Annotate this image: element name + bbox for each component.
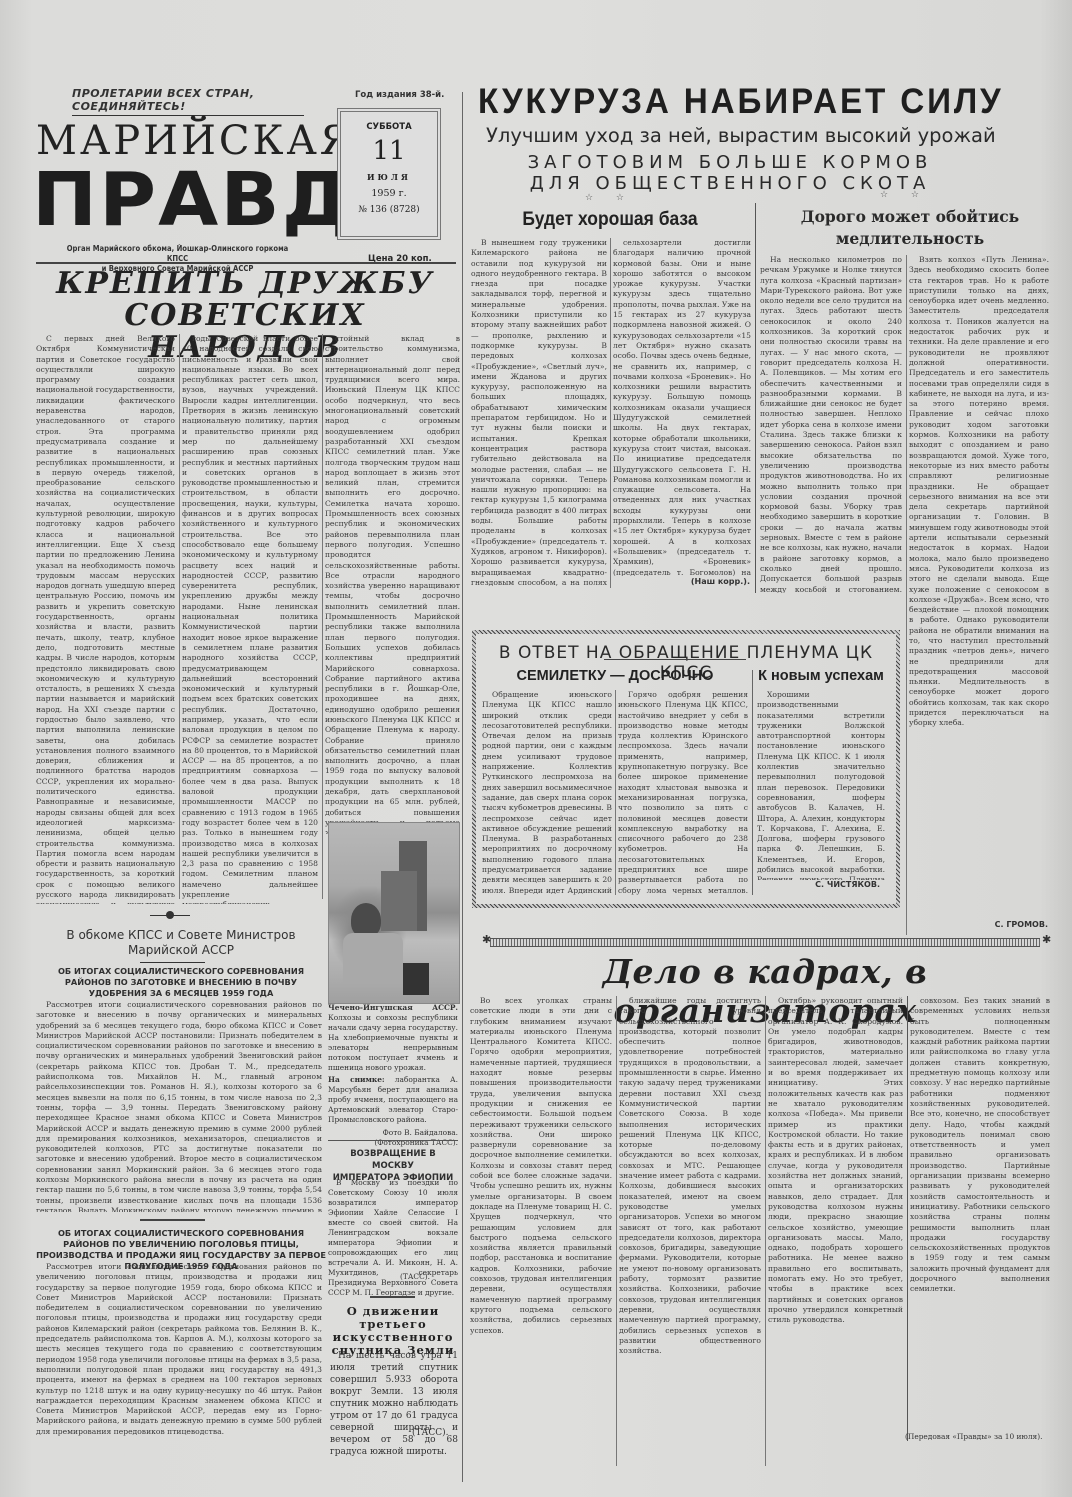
ethiopia-title-1: ВОЗВРАЩЕНИЕ В МОСКВУ bbox=[328, 1148, 458, 1172]
photo-figure bbox=[351, 903, 381, 937]
lead-headline-line1: КРЕПИТЬ ДРУЖБУ bbox=[40, 268, 450, 300]
column-rule bbox=[765, 996, 766, 1466]
page-divider bbox=[462, 92, 463, 1482]
ethiopia-text: В Москву из поездки по Советскому Союзу … bbox=[328, 1178, 458, 1298]
column-rule bbox=[907, 996, 908, 1441]
lead-column-3: стойный вклад в строительство коммунизма… bbox=[325, 334, 460, 834]
year-of-publication: Год издания 38-й. bbox=[355, 90, 444, 100]
new-successes-signature: С. ЧИСТЯКОВ. bbox=[790, 880, 880, 889]
base-column-2: сельхозартели достигли благодаря наличию… bbox=[613, 238, 751, 576]
column-rule bbox=[616, 996, 617, 1466]
column-rule bbox=[752, 670, 753, 895]
column-rule bbox=[610, 238, 611, 588]
slogan: ПРОЛЕТАРИИ ВСЕХ СТРАН, СОЕДИНЯЙТЕСЬ! bbox=[72, 87, 304, 116]
semiletka-column-1: Обращение июньского Пленума ЦК КПСС нашл… bbox=[482, 690, 612, 895]
cadres-column-2: ближайшие годы достигнуть такого уровня … bbox=[619, 996, 761, 1466]
resolution2-text: Рассмотрев итоги социалистического сорев… bbox=[36, 1262, 322, 1467]
asterisk-left-icon: ✱ bbox=[482, 933, 491, 946]
corn-kicker-1: ЗАГОТОВИМ БОЛЬШЕ КОРМОВ bbox=[480, 152, 980, 173]
resolution1-title: ОБ ИТОГАХ СОЦИАЛИСТИЧЕСКОГО СОРЕВНОВАНИЯ… bbox=[40, 966, 322, 999]
on-photo-label: На снимке: bbox=[328, 1075, 385, 1084]
resolution1-text: Рассмотрев итоги социалистического сорев… bbox=[36, 1000, 322, 1212]
obkom-heading: В обкоме КПСС и Совете Министров Марийск… bbox=[36, 928, 326, 958]
obkom-heading-2: Марийской АССР bbox=[36, 943, 326, 958]
date-box: СУББОТА 11 ИЮЛЯ 1959 г. № 136 (8728) bbox=[337, 108, 441, 240]
new-successes-title: К новым успехам bbox=[756, 668, 886, 684]
lead-column-2: годы Советской власти более 40 народност… bbox=[182, 334, 318, 904]
corn-subheadline: Улучшим уход за ней, вырастим высокий ур… bbox=[486, 124, 996, 147]
obkom-heading-1: В обкоме КПСС и Совете Министров bbox=[36, 928, 326, 943]
cadres-column-1: Во всех уголках страны советские люди в … bbox=[470, 996, 612, 1466]
caption-text: Колхозы и совхозы республики начали сдач… bbox=[328, 1013, 458, 1072]
asterisk-right-icon: ✱ bbox=[1042, 933, 1051, 946]
cadres-column-4: совхозом. Без таких знаний в современных… bbox=[910, 996, 1050, 1426]
weekday: СУББОТА bbox=[341, 122, 437, 132]
decorative-bar bbox=[490, 938, 1040, 947]
sputnik-title-1: О движении третьего bbox=[328, 1305, 458, 1331]
rule bbox=[140, 962, 205, 963]
sputnik-source: (ТАСС). bbox=[412, 1428, 448, 1438]
stars-decoration: ☆ ☆ bbox=[880, 190, 929, 200]
corn-headline: КУКУРУЗА НАБИРАЕТ СИЛУ bbox=[478, 82, 1004, 122]
new-successes-text: Хорошими производственными показателями … bbox=[757, 690, 885, 880]
stars-decoration: ☆ ☆ bbox=[585, 193, 634, 203]
slowness-title-1: Дорого может обойтись bbox=[760, 206, 1060, 228]
issue-number: № 136 (8728) bbox=[341, 205, 437, 215]
rule bbox=[140, 1219, 205, 1221]
column-rule bbox=[179, 334, 180, 899]
semiletka-title: СЕМИЛЕТКУ — ДОСРОЧНО bbox=[480, 668, 750, 684]
column-rule bbox=[322, 334, 323, 899]
slowness-column-2: Взять колхоз «Путь Ленина». Здесь необхо… bbox=[909, 255, 1049, 910]
column-rule bbox=[755, 203, 756, 593]
photo-building bbox=[381, 871, 417, 931]
column-rule bbox=[906, 255, 907, 935]
column-rule bbox=[615, 690, 616, 895]
masthead-rule bbox=[36, 262, 456, 264]
photo-credit-1: Фото В. Байдалова. bbox=[328, 1128, 458, 1138]
month: ИЮЛЯ bbox=[341, 172, 437, 182]
caption-lead: Чечено-Ингушская АССР. bbox=[328, 1003, 458, 1012]
photo-caption: Чечено-Ингушская АССР. Колхозы и совхозы… bbox=[328, 1003, 458, 1148]
cadres-source: (Передовая «Правды» за 10 июля). bbox=[905, 1432, 1055, 1442]
rule bbox=[328, 1140, 458, 1141]
article-title-slowness: Дорого может обойтись медлительность bbox=[760, 206, 1060, 250]
organ-line1: Орган Марийского обкома, Йошкар-Олинског… bbox=[56, 244, 299, 264]
slowness-column-1: На несколько километров по речкам Уржумк… bbox=[760, 255, 902, 593]
year: 1959 г. bbox=[341, 188, 437, 199]
semiletka-column-2: Горячо одобряя решения июньского Пленума… bbox=[618, 690, 748, 895]
ethiopia-source: (ТАСС). bbox=[400, 1272, 430, 1282]
sputnik-text: На шесть часов утра 11 июля третий спутн… bbox=[330, 1350, 458, 1458]
cadres-column-3: Октябрь» руководит опытный председатель,… bbox=[768, 996, 903, 1466]
day: 11 bbox=[341, 136, 437, 166]
newspaper-page: ПРОЛЕТАРИИ ВСЕХ СТРАН, СОЕДИНЯЙТЕСЬ! Год… bbox=[0, 0, 1072, 1497]
lead-column-1: С первых дней Великого Октября Коммунист… bbox=[36, 334, 175, 904]
rule bbox=[370, 1296, 415, 1298]
corn-kicker: ЗАГОТОВИМ БОЛЬШЕ КОРМОВ ДЛЯ ОБЩЕСТВЕННОГ… bbox=[480, 152, 980, 194]
photo-elevator bbox=[328, 822, 460, 1004]
rule bbox=[604, 659, 746, 660]
slowness-title-2: медлительность bbox=[760, 228, 1060, 250]
photo-figure-body bbox=[343, 933, 403, 983]
article-title-base: Будет хорошая база bbox=[481, 209, 739, 231]
base-source: (Наш корр.). bbox=[680, 577, 750, 586]
base-column-1: В нынешнем году труженики Килемарского р… bbox=[471, 238, 607, 588]
photo-bucket bbox=[403, 963, 429, 995]
slowness-signature: С. ГРОМОВ. bbox=[960, 920, 1048, 929]
ornament-dot bbox=[166, 911, 174, 919]
